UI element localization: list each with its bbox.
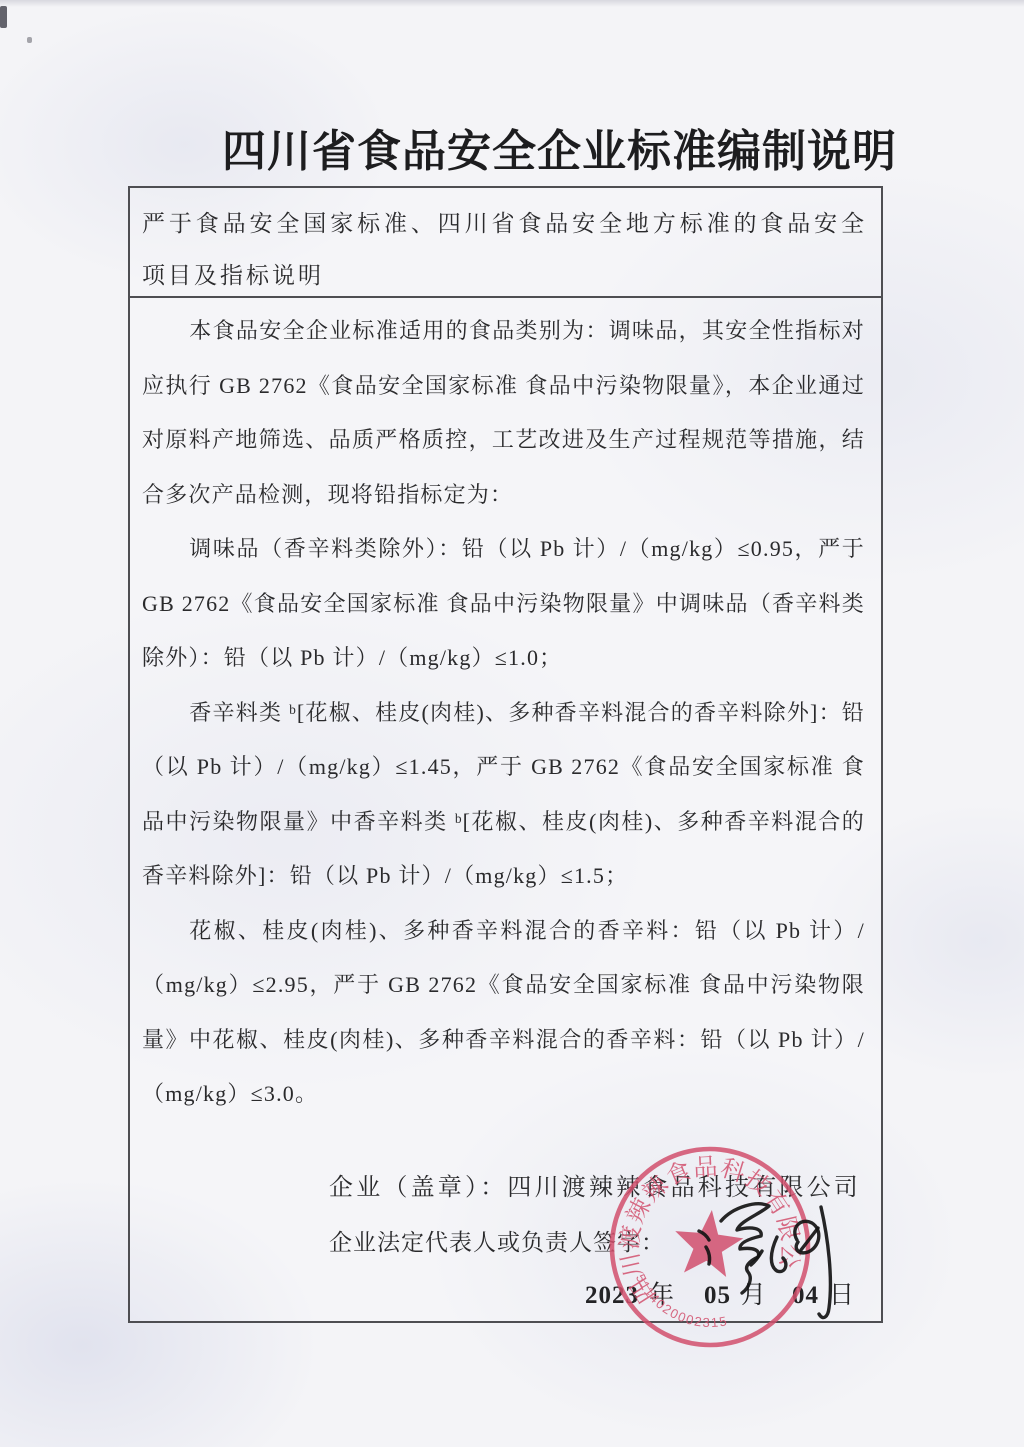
scanned-document-page: 四川省食品安全企业标准编制说明 严于食品安全国家标准、四川省食品安全地方标准的食… bbox=[0, 0, 1024, 1447]
scan-artifact-speck bbox=[0, 6, 7, 28]
paragraph-condiment-limit: 调味品（香辛料类除外）：铅（以 Pb 计）/（mg/kg）≤0.95，严于 GB… bbox=[142, 522, 865, 686]
paragraph-spice-limit: 香辛料类 ᵇ[花椒、桂皮(肉桂)、多种香辛料混合的香辛料除外]：铅（以 Pb 计… bbox=[142, 686, 865, 904]
stamp-star-icon bbox=[671, 1206, 746, 1278]
svg-text:四川渡辣辣食品科技有限公司: 四川渡辣辣食品科技有限公司 bbox=[540, 1080, 935, 1324]
table-header-cell: 严于食品安全国家标准、四川省食品安全地方标准的食品安全项目及指标说明 bbox=[130, 188, 881, 298]
paragraph-scope: 本食品安全企业标准适用的食品类别为：调味品，其安全性指标对应执行 GB 2762… bbox=[142, 304, 865, 522]
page-title: 四川省食品安全企业标准编制说明 bbox=[222, 126, 882, 178]
company-stamp: 四川渡辣辣食品科技有限公司 5114020002315 bbox=[540, 1080, 940, 1355]
table-body-cell: 本食品安全企业标准适用的食品类别为：调味品，其安全性指标对应执行 GB 2762… bbox=[130, 298, 881, 1122]
stamp-and-signature-overlay: 四川渡辣辣食品科技有限公司 5114020002315 bbox=[540, 1080, 940, 1410]
scan-artifact-speck bbox=[27, 37, 32, 43]
stamp-company-name: 四川渡辣辣食品科技有限公司 bbox=[540, 1080, 935, 1324]
